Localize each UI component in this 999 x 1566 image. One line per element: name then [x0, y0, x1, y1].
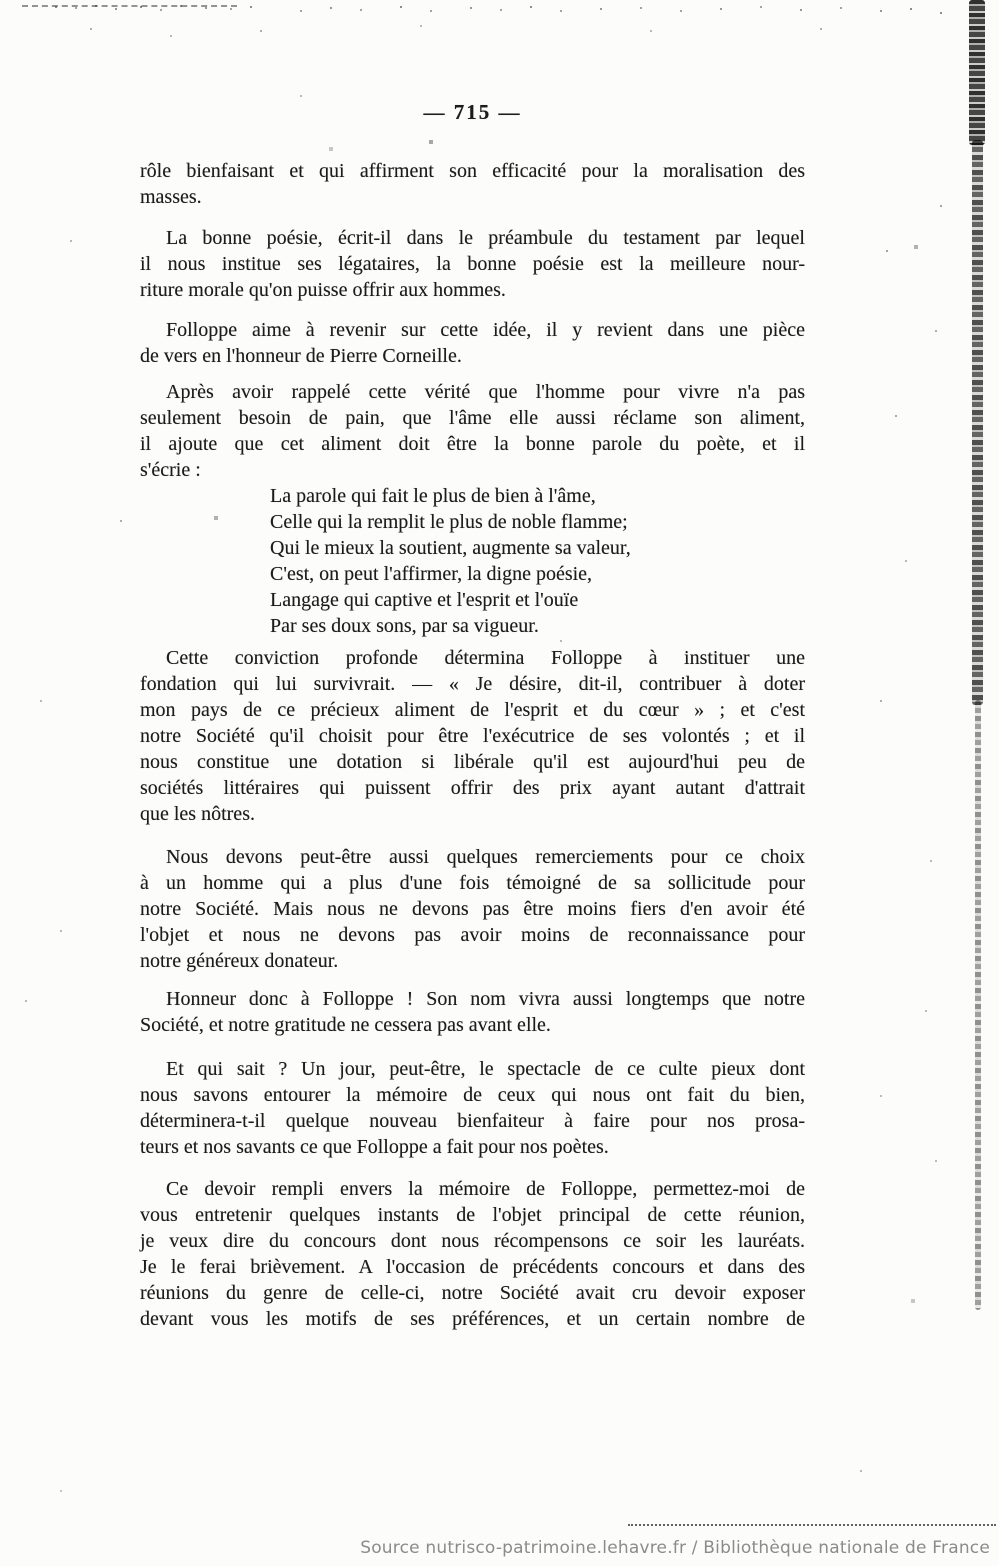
text-line: seulement besoin de pain, que l'âme elle… [140, 405, 805, 431]
verse-line: Par ses doux sons, par sa vigueur. [270, 613, 805, 639]
text-line: Je le ferai brièvement. A l'occasion de … [140, 1254, 805, 1280]
text-line: Nous devons peut-être aussi quelques rem… [140, 844, 805, 870]
text-line: teurs et nos savants ce que Folloppe a f… [140, 1134, 805, 1160]
text-line: notre généreux donateur. [140, 948, 805, 974]
paragraph: La bonne poésie, écrit-il dans le préamb… [140, 225, 805, 303]
text-line: notre Société. Mais nous ne devons pas ê… [140, 896, 805, 922]
paragraph: Après avoir rappelé cette vérité que l'h… [140, 379, 805, 483]
verse-line: Qui le mieux la soutient, augmente sa va… [270, 535, 805, 561]
verse-line: C'est, on peut l'affirmer, la digne poés… [270, 561, 805, 587]
text-line: notre Société qu'il choisit pour être l'… [140, 723, 805, 749]
paragraph: Nous devons peut-être aussi quelques rem… [140, 844, 805, 974]
text-line: mon pays de ce précieux aliment de l'esp… [140, 697, 805, 723]
book-binding-edge [969, 0, 985, 145]
text-line: que les nôtres. [140, 801, 805, 827]
text-line: La bonne poésie, écrit-il dans le préamb… [140, 225, 805, 251]
text-line: Société, et notre gratitude ne cessera p… [140, 1012, 805, 1038]
text-line: Après avoir rappelé cette vérité que l'h… [140, 379, 805, 405]
scanned-book-page: — 715 — rôle bienfaisant et qui affirmen… [0, 0, 999, 1566]
text-line: s'écrie : [140, 457, 805, 483]
text-line: nous constitue une dotation si libérale … [140, 749, 805, 775]
text-line: riture morale qu'on puisse offrir aux ho… [140, 277, 805, 303]
text-line: Cette conviction profonde détermina Foll… [140, 645, 805, 671]
text-line: Et qui sait ? Un jour, peut-être, le spe… [140, 1056, 805, 1082]
text-line: rôle bienfaisant et qui affirment son ef… [140, 158, 805, 184]
text-line: vous entretenir quelques instants de l'o… [140, 1202, 805, 1228]
paragraph: Folloppe aime à revenir sur cette idée, … [140, 317, 805, 369]
paragraph: Honneur donc à Folloppe ! Son nom vivra … [140, 986, 805, 1038]
paragraph: Et qui sait ? Un jour, peut-être, le spe… [140, 1056, 805, 1160]
paragraph: rôle bienfaisant et qui affirment son ef… [140, 158, 805, 210]
page-number: — 715 — [140, 100, 805, 125]
paragraph: Cette conviction profonde détermina Foll… [140, 645, 805, 827]
text-line: il nous institue ses légataires, la bonn… [140, 251, 805, 277]
text-line: fondation qui lui survivrait. — « Je dés… [140, 671, 805, 697]
scan-artifact-line-bottom [628, 1524, 996, 1526]
text-line: déterminera-t-il quelque nouveau bienfai… [140, 1108, 805, 1134]
book-binding-edge [975, 700, 981, 1310]
scan-artifact-line-top [22, 5, 237, 7]
text-line: réunions du genre de celle-ci, notre Soc… [140, 1280, 805, 1306]
text-line: je veux dire du concours dont nous récom… [140, 1228, 805, 1254]
text-line: sociétés littéraires qui puissent offrir… [140, 775, 805, 801]
text-line: l'objet et nous ne devons pas avoir moin… [140, 922, 805, 948]
text-line: masses. [140, 184, 805, 210]
verse-line: La parole qui fait le plus de bien à l'â… [270, 483, 805, 509]
book-binding-edge [972, 140, 983, 705]
text-line: à un homme qui a plus d'une fois témoign… [140, 870, 805, 896]
paragraph: Ce devoir rempli envers la mémoire de Fo… [140, 1176, 805, 1332]
verse-line: Langage qui captive et l'esprit et l'ouï… [270, 587, 805, 613]
text-line: il ajoute que cet aliment doit être la b… [140, 431, 805, 457]
text-column: rôle bienfaisant et qui affirment son ef… [140, 158, 805, 1332]
verse-line: Celle qui la remplit le plus de noble fl… [270, 509, 805, 535]
text-line: de vers en l'honneur de Pierre Corneille… [140, 343, 805, 369]
source-attribution: Source nutrisco-patrimoine.lehavre.fr / … [360, 1538, 990, 1558]
text-line: Ce devoir rempli envers la mémoire de Fo… [140, 1176, 805, 1202]
verse-block: La parole qui fait le plus de bien à l'â… [270, 483, 805, 639]
scan-smudges [0, 0, 2, 2]
text-line: devant vous les motifs de ses préférence… [140, 1306, 805, 1332]
text-line: Folloppe aime à revenir sur cette idée, … [140, 317, 805, 343]
text-line: nous savons entourer la mémoire de ceux … [140, 1082, 805, 1108]
text-line: Honneur donc à Folloppe ! Son nom vivra … [140, 986, 805, 1012]
